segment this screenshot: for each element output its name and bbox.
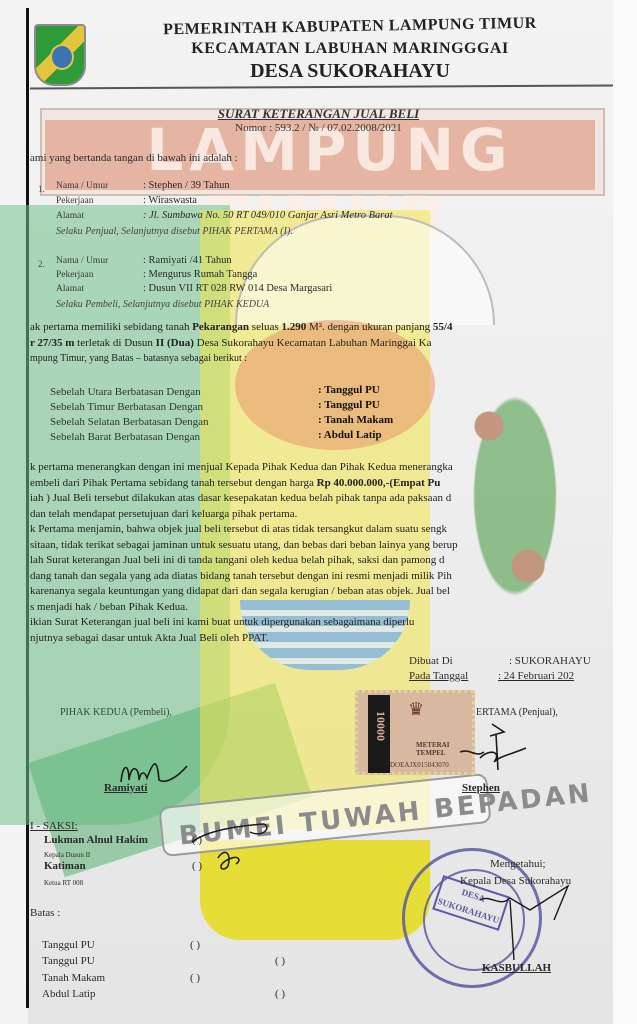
party2-index: 2. [38, 258, 45, 271]
body-line-2: embeli dari Pihak Pertama sebidang tanah… [30, 476, 615, 492]
boundary-north-label: Sebelah Utara Berbatasan Dengan [50, 386, 201, 398]
stamp-value: 10000 [373, 711, 388, 741]
date-label: Pada Tanggal [409, 670, 468, 683]
party2-job-label: Pekerjaan [56, 270, 93, 280]
party2-address-label: Alamat [56, 284, 84, 294]
sale-statement: k pertama menerangkan dengan ini menjual… [30, 460, 615, 646]
witness-2-role: Ketua RT 008 [44, 877, 83, 890]
page-edge-shadow [26, 8, 29, 1008]
border-signoff-1-box: ( ) [190, 939, 200, 952]
party1-role: Selaku Penjual, Selanjutnya disebut PIHA… [56, 225, 293, 238]
boundary-west-label: Sebelah Barat Berbatasan Dengan [50, 431, 200, 443]
land-line-3: mpung Timur, yang Batas – batasnya sebag… [30, 351, 615, 367]
body-line-5: k Pertama menjamin, bahwa objek jual bel… [30, 522, 615, 538]
buyer-heading: PIHAK KEDUA (Pembeli), [60, 706, 172, 719]
body-line-9: karenanya segala keuntungan yang didapat… [30, 584, 615, 600]
body-line-4: dan telah mendapat persetujuan dari kelu… [30, 507, 615, 523]
document-title: SURAT KETERANGAN JUAL BELI [0, 106, 637, 122]
witness-1-name: Lukman Alnul Hakim [44, 834, 148, 847]
boundary-south-value: : Tanah Makam [318, 414, 393, 426]
party1-address-label: Alamat [56, 211, 84, 221]
witness-2-name: Katiman [44, 860, 86, 873]
seller-signature-icon [440, 718, 530, 778]
body-line-1: k pertama menerangkan dengan ini menjual… [30, 460, 615, 476]
made-at-label: Dibuat Di [409, 655, 453, 668]
body-line-11: ikian Surat Keterangan jual beli ini kam… [30, 615, 615, 631]
party1-index: 1. [38, 183, 45, 196]
borders-heading: Batas : [30, 907, 60, 920]
body-line-8: dang tanah dan segala yang ada diatas bi… [30, 569, 615, 585]
party1-name-value: : Stephen / 39 Tahun [143, 180, 230, 191]
photo-margin [613, 0, 637, 1024]
border-signoff-3-name: Tanah Makam [42, 972, 105, 985]
land-line-2: r 27/35 m terletak di Dusun II (Dua) Des… [30, 336, 615, 352]
party1-name-label: Nama / Umur [56, 181, 108, 191]
border-signoff-1-name: Tanggul PU [42, 939, 95, 952]
party2-address-value: : Dusun VII RT 028 RW 014 Desa Margasari [143, 283, 332, 294]
party1-job-label: Pekerjaan [56, 196, 93, 206]
party2-role: Selaku Pembeli, Selanjutnya disebut PIHA… [56, 298, 269, 311]
header-district: KECAMATAN LABUHAN MARINGGGAI [100, 40, 600, 58]
party1-job-value: : Wiraswasta [143, 195, 197, 206]
border-signoff-4-name: Abdul Latip [42, 988, 95, 1001]
date-value: : 24 Februari 202 [498, 670, 574, 683]
acknowledgement-label: Mengetahui; [490, 858, 546, 871]
body-line-6: sitaan, tidak terikat sebagai jaminan un… [30, 538, 615, 554]
boundary-south-label: Sebelah Selatan Berbatasan Dengan [50, 416, 209, 428]
regency-logo-icon [34, 24, 86, 86]
garuda-emblem-icon: ♛ [408, 699, 424, 720]
body-line-7: lah Surat keterangan Jual beli ini di ta… [30, 553, 615, 569]
land-line-1: ak pertama memiliki sebidang tanah Pekar… [30, 320, 615, 336]
body-line-3: iah ) Jual Beli tersebut dilakukan atas … [30, 491, 615, 507]
body-line-12: njutnya sebagai dasar untuk Akta Jual Be… [30, 631, 615, 647]
party2-job-value: : Mengurus Rumah Tangga [143, 269, 257, 280]
seller-name: Stephen [462, 782, 500, 795]
land-description: ak pertama memiliki sebidang tanah Pekar… [30, 320, 615, 367]
party2-name-label: Nama / Umur [56, 256, 108, 266]
border-signoff-2-box: ( ) [275, 955, 285, 968]
boundary-east-label: Sebelah Timur Berbatasan Dengan [50, 401, 203, 413]
boundary-west-value: : Abdul Latip [318, 429, 382, 441]
header-village: DESA SUKORAHAYU [100, 60, 600, 83]
intro-text: ami yang bertanda tangan di bawah ini ad… [30, 152, 238, 165]
party2-name-value: : Ramiyati /41 Tahun [143, 255, 232, 266]
border-signoff-3-box: ( ) [190, 972, 200, 985]
party1-address-value: : Jl. Sumbawa No. 50 RT 049/010 Ganjar A… [143, 210, 392, 221]
witness-signatures-icon [188, 818, 278, 878]
document-number: Nomor : 593.2 / № / 07.02.2008/2021 [0, 122, 637, 134]
witness-heading: I - SAKSI: [30, 820, 78, 833]
border-signoff-2-name: Tanggul PU [42, 955, 95, 968]
boundary-east-value: : Tanggul PU [318, 399, 380, 411]
body-line-10: s menjadi hak / beban Pihak Kedua. [30, 600, 615, 616]
village-head-signature-icon [470, 880, 580, 970]
boundary-north-value: : Tanggul PU [318, 384, 380, 396]
border-signoff-4-box: ( ) [275, 988, 285, 1001]
village-head-name: KASBULLAH [482, 962, 551, 975]
buyer-name: Ramiyati [104, 782, 147, 795]
made-at-value: : SUKORAHAYU [509, 655, 591, 668]
